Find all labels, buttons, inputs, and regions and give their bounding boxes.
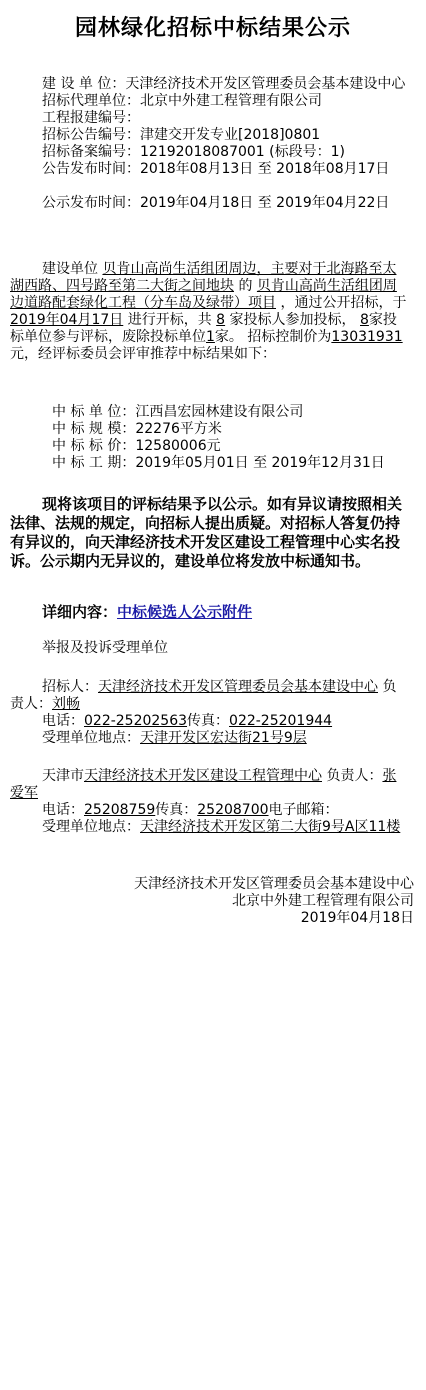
builder-row: 建 设 单 位：天津经济技术开发区管理委员会基本建设中心 — [10, 76, 410, 93]
summary-text-8: 元，经评标委员会评审推荐中标结果如下： — [10, 346, 276, 362]
summary-paragraph: 建设单位 贝肯山高尚生活组团周边，主要对于北海路至太湖西路、四号路至第二大街之间… — [10, 261, 410, 363]
authority-email-label: 电子邮箱： — [269, 802, 339, 818]
notice-no-label: 招标公告编号： — [42, 127, 140, 143]
tenderer-row: 招标人：天津经济技术开发区管理委员会基本建设中心 负责人：刘畅 — [10, 679, 410, 713]
signature: 天津经济技术开发区管理委员会基本建设中心 北京中外建工程管理有限公司 2019年… — [0, 876, 414, 927]
price-label: 中 标 标 价： — [52, 438, 135, 454]
detail-label: 详细内容： — [42, 603, 117, 621]
notice-time-label: 公告发布时间： — [42, 161, 140, 177]
scale-row: 中 标 规 模：22276平方米 — [52, 421, 426, 438]
authority-phone-row: 电话：25208759传真：25208700电子邮箱： — [10, 802, 410, 819]
publicity-time-value: 2019年04月18日 至 2019年04月22日 — [140, 195, 389, 211]
signature-org-2: 北京中外建工程管理有限公司 — [0, 893, 414, 910]
winner-row: 中 标 单 位：江西昌宏园林建设有限公司 — [52, 404, 426, 421]
tenderer-fax-label: 传真： — [187, 713, 229, 729]
publicity-time-label: 公示发布时间： — [42, 195, 140, 211]
authority-prefix: 天津市 — [42, 768, 84, 784]
notice-no-value: 津建交开发专业[2018]0801 — [140, 127, 320, 143]
objection-notice: 现将该项目的评标结果予以公示。如有异议请按照相关法律、法规的规定，向招标人提出质… — [10, 495, 410, 571]
tenderer-phone-row: 电话：022-25202563传真：022-25201944 — [10, 713, 410, 730]
evaluated-count: 8 — [360, 312, 369, 328]
scale-value: 22276平方米 — [135, 421, 222, 437]
authority-name: 天津经济技术开发区建设工程管理中心 — [84, 768, 322, 784]
complaint-heading: 举报及投诉受理单位 — [10, 640, 426, 657]
period-label: 中 标 工 期： — [52, 455, 135, 471]
record-no-row: 招标备案编号：12192018087001 (标段号：1) — [10, 144, 410, 161]
signature-org-1: 天津经济技术开发区管理委员会基本建设中心 — [0, 876, 414, 893]
agent-row: 招标代理单位：北京中外建工程管理有限公司 — [10, 93, 410, 110]
bidder-count: 8 — [216, 312, 225, 328]
publicity-time-row: 公示发布时间：2019年04月18日 至 2019年04月22日 — [10, 195, 410, 212]
agent-label: 招标代理单位： — [42, 93, 140, 109]
authority-contact-label: 负责人： — [322, 768, 382, 784]
page-title: 园林绿化招标中标结果公示 — [0, 12, 426, 44]
tenderer-phone-label: 电话： — [42, 713, 84, 729]
price-value: 12580006元 — [135, 438, 220, 454]
price-row: 中 标 标 价：12580006元 — [52, 438, 426, 455]
signature-date: 2019年04月18日 — [0, 910, 414, 927]
detail-row: 详细内容：中标候选人公示附件 — [10, 603, 426, 622]
project-no-label: 工程报建编号： — [42, 110, 140, 126]
open-date: 2019年04月17日 — [10, 312, 123, 328]
tenderer-address: 天津开发区宏达街21号9层 — [140, 730, 307, 746]
summary-text: 建设单位 贝肯山高尚生活组团周边，主要对于北海路至太湖西路、四号路至第二大街之间… — [10, 261, 410, 363]
winner-value: 江西昌宏园林建设有限公司 — [135, 404, 303, 420]
notice-time-row: 公告发布时间：2018年08月13日 至 2018年08月17日 — [10, 161, 410, 178]
rejected-count: 1 — [206, 329, 215, 345]
notice-no-row: 招标公告编号：津建交开发专业[2018]0801 — [10, 127, 410, 144]
tenderer-contact: 刘畅 — [52, 696, 80, 712]
authority-phone-label: 电话： — [42, 802, 84, 818]
basic-info: 建 设 单 位：天津经济技术开发区管理委员会基本建设中心 招标代理单位：北京中外… — [10, 76, 410, 212]
tenderer-address-label: 受理单位地点： — [42, 730, 140, 746]
project-no-row: 工程报建编号： — [10, 110, 410, 127]
authority-address-label: 受理单位地点： — [42, 819, 140, 835]
notice-time-value: 2018年08月13日 至 2018年08月17日 — [140, 161, 389, 177]
announcement-page: 园林绿化招标中标结果公示 建 设 单 位：天津经济技术开发区管理委员会基本建设中… — [0, 0, 426, 1390]
authority-info: 天津市天津经济技术开发区建设工程管理中心 负责人：张爱军 电话：25208759… — [10, 768, 410, 836]
tenderer-name: 天津经济技术开发区管理委员会基本建设中心 — [98, 679, 378, 695]
record-no-label: 招标备案编号： — [42, 144, 140, 160]
summary-text-5: 家投标人参加投标， — [225, 312, 360, 328]
tenderer-phone: 022-25202563 — [84, 713, 187, 729]
authority-fax: 25208700 — [197, 802, 268, 818]
authority-fax-label: 传真： — [155, 802, 197, 818]
builder-label: 建 设 单 位： — [42, 76, 125, 92]
summary-text-3: ，通过公开招标，于 — [276, 295, 406, 311]
scale-label: 中 标 规 模： — [52, 421, 135, 437]
authority-address: 天津经济技术开发区第二大街9号A区11楼 — [140, 819, 400, 835]
winner-label: 中 标 单 位： — [52, 404, 135, 420]
tenderer-fax: 022-25201944 — [229, 713, 332, 729]
builder-value: 天津经济技术开发区管理委员会基本建设中心 — [125, 76, 405, 92]
authority-row: 天津市天津经济技术开发区建设工程管理中心 负责人：张爱军 — [10, 768, 410, 802]
summary-text-7: 家。 招标控制价为 — [215, 329, 331, 345]
attachment-link[interactable]: 中标候选人公示附件 — [117, 603, 252, 621]
tenderer-label: 招标人： — [42, 679, 98, 695]
summary-text-4: 进行开标，共 — [123, 312, 216, 328]
authority-address-row: 受理单位地点：天津经济技术开发区第二大街9号A区11楼 — [10, 819, 410, 836]
tenderer-info: 招标人：天津经济技术开发区管理委员会基本建设中心 负责人：刘畅 电话：022-2… — [10, 679, 410, 747]
summary-text-1: 建设单位 — [42, 261, 102, 277]
bid-result: 中 标 单 位：江西昌宏园林建设有限公司 中 标 规 模：22276平方米 中 … — [10, 404, 426, 472]
objection-notice-text: 现将该项目的评标结果予以公示。如有异议请按照相关法律、法规的规定，向招标人提出质… — [10, 495, 410, 571]
period-row: 中 标 工 期：2019年05月01日 至 2019年12月31日 — [52, 455, 426, 472]
authority-phone: 25208759 — [84, 802, 155, 818]
control-price: 13031931 — [331, 329, 402, 345]
period-value: 2019年05月01日 至 2019年12月31日 — [135, 455, 384, 471]
summary-text-2: 的 — [234, 278, 257, 294]
tenderer-address-row: 受理单位地点：天津开发区宏达街21号9层 — [10, 730, 410, 747]
record-no-value: 12192018087001 (标段号：1) — [140, 144, 345, 160]
agent-value: 北京中外建工程管理有限公司 — [140, 93, 322, 109]
